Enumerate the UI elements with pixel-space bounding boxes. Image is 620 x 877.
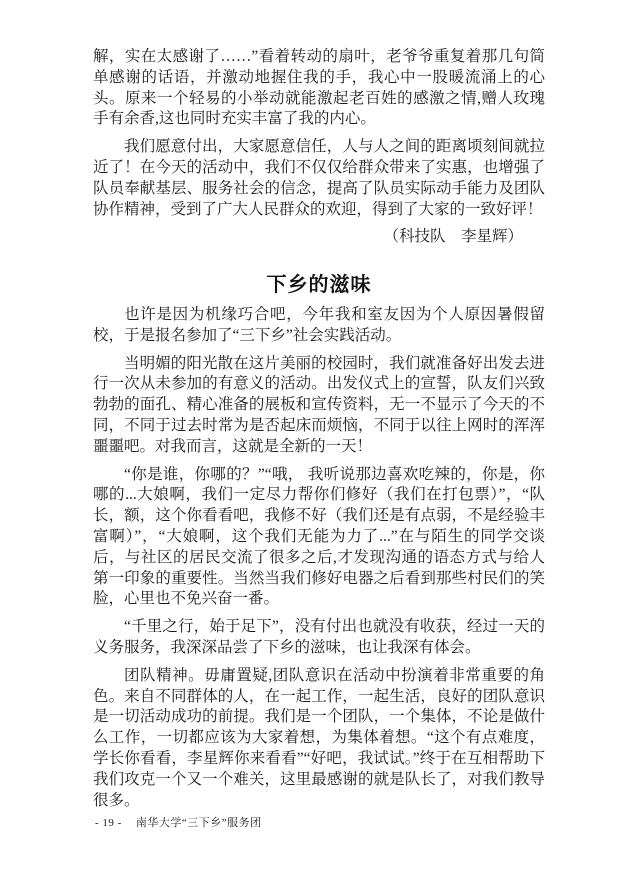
document-page: 解，实在太感谢了……”看着转动的扇叶，老爷爷重复着那几句简单感谢的话语，并激动地…: [0, 0, 620, 877]
page-footer: - 19 -南华大学“三下乡”服务团: [95, 814, 262, 830]
text-column: 解，实在太感谢了……”看着转动的扇叶，老爷爷重复着那几句简单感谢的话语，并激动地…: [93, 47, 545, 818]
page-number: - 19 -: [95, 817, 122, 829]
article-title: 下乡的滋味: [93, 275, 545, 296]
paragraph: “你是谁，你哪的？”“哦， 我听说那边喜欢吃辣的，你是，你哪的...大娘啊，我们…: [93, 465, 545, 611]
footer-org-label: 南华大学“三下乡”服务团: [136, 817, 262, 829]
paragraph: 解，实在太感谢了……”看着转动的扇叶，老爷爷重复着那几句简单感谢的话语，并激动地…: [93, 47, 545, 130]
paragraph: 我们愿意付出，大家愿意信任，人与人之间的距离顷刻间就拉近了！在今天的活动中，我们…: [93, 137, 545, 220]
paragraph: 也许是因为机缘巧合吧，今年我和室友因为个人原因暑假留校，于是报名参加了“三下乡”…: [93, 305, 545, 347]
author-signature: （科技队 李星辉）: [93, 227, 545, 248]
paragraph: 团队精神。毋庸置疑,团队意识在活动中扮演着非常重要的角色。来自不同群体的人，在一…: [93, 666, 545, 812]
paragraph: “千里之行，始于足下”，没有付出也就没有收获，经过一天的义务服务，我深深品尝了下…: [93, 617, 545, 659]
paragraph: 当明媚的阳光散在这片美丽的校园时，我们就准备好出发去进行一次从未参加的有意义的活…: [93, 354, 545, 458]
